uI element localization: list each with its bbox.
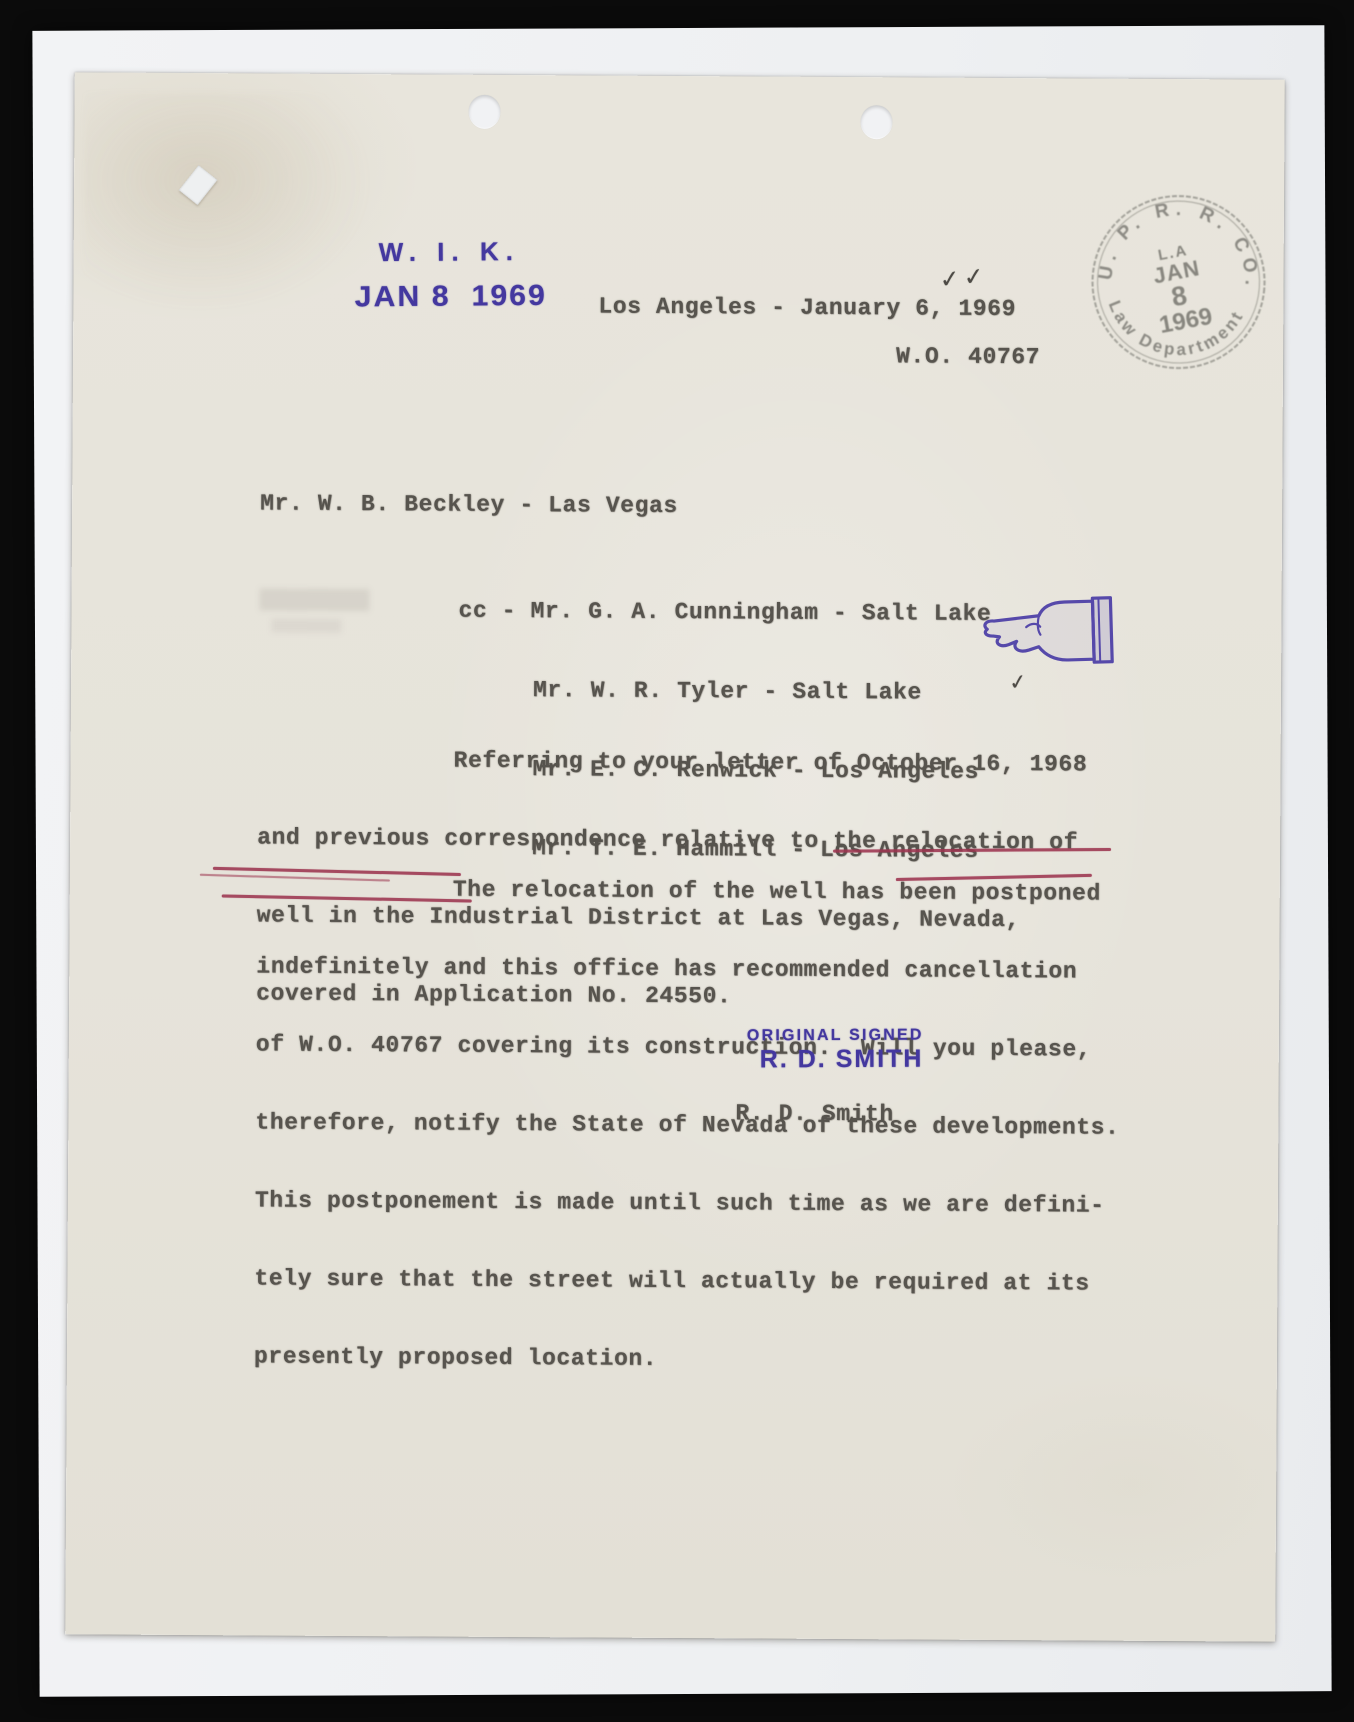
original-signed-stamp: ORIGINAL SIGNED (747, 1027, 924, 1046)
punch-hole-right (860, 105, 892, 139)
stain-smudge-top-left (83, 92, 374, 314)
erased-text-smudge (259, 588, 369, 611)
pen-checkmarks-dateline: ✓✓ (938, 261, 989, 294)
rd-smith-stamp: R. D. SMITH (760, 1045, 924, 1075)
wik-stamp-date: JAN 8 1969 (355, 280, 547, 315)
hand-cuff (1092, 598, 1112, 662)
typed-signature: R. D. Smith (735, 1100, 894, 1127)
paragraph-line: This postponement is made until such tim… (255, 1187, 1119, 1218)
punch-hole-left (468, 95, 500, 129)
erased-text-smudge-2 (271, 619, 341, 633)
scanned-letter-screenshot: W. I. K. JAN 8 1969 ✓✓ Los Angeles - Jan… (0, 0, 1354, 1722)
paragraph-line: indefinitely and this office has recomme… (256, 953, 1120, 984)
wik-stamp-initials: W. I. K. (379, 236, 520, 268)
dateline-work-order: W.O. 40767 (896, 343, 1040, 370)
paragraph-line: therefore, notify the State of Nevada of… (255, 1109, 1119, 1140)
paragraph-line: presently proposed location. (254, 1343, 1118, 1374)
paragraph-line: tely sure that the street will actually … (254, 1265, 1118, 1296)
cc-line: cc - Mr. G. A. Cunningham - Salt Lake (458, 598, 991, 628)
round-law-department-stamp: U. P. R. R. CO. Law Department L.A JAN 8… (1075, 178, 1282, 385)
paragraph-line: of W.O. 40767 covering its construction.… (256, 1031, 1120, 1062)
paragraph-2: The relocation of the well has been post… (254, 823, 1122, 1426)
addressee-line: Mr. W. B. Beckley - Las Vegas (260, 490, 678, 519)
paragraph-line: Referring to your letter of October 16, … (258, 746, 1088, 777)
pointing-hand-stamp (978, 594, 1130, 672)
letter-paper: W. I. K. JAN 8 1969 ✓✓ Los Angeles - Jan… (65, 72, 1285, 1641)
dateline-place-date: Los Angeles - January 6, 1969 (598, 294, 1016, 323)
pen-checkmark-1968: ✓ (1008, 669, 1029, 695)
